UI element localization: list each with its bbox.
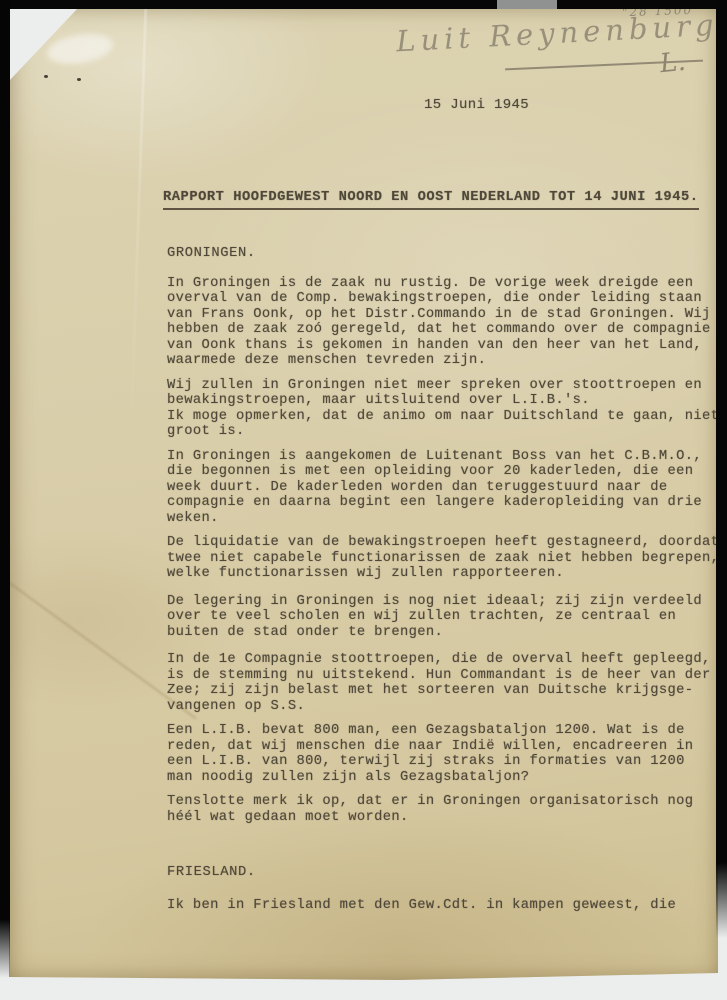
paragraph: Tenslotte merk ik op, dat er in Groninge… <box>167 794 727 825</box>
paper-crease <box>130 7 148 427</box>
paragraph: Wij zullen in Groningen niet meer spreke… <box>167 378 727 440</box>
paragraph: In Groningen is de zaak nu rustig. De vo… <box>167 276 727 369</box>
document-date: 15 Juni 1945 <box>424 97 529 113</box>
document-body: GRONINGEN. In Groningen is de zaak nu ru… <box>167 246 727 922</box>
section-heading-friesland: FRIESLAND. <box>167 865 727 881</box>
paragraph: In Groningen is aangekomen de Luitenant … <box>167 449 727 527</box>
staple-hole <box>77 78 81 81</box>
paper-tear-mark <box>45 30 115 68</box>
staple-hole <box>44 75 48 78</box>
scan-border-notch <box>497 0 557 9</box>
section-heading-groningen: GRONINGEN. <box>167 246 727 262</box>
document-title: RAPPORT HOOFDGEWEST NOORD EN OOST NEDERL… <box>163 190 699 210</box>
paragraph: In de 1e Compagnie stoottroepen, die de … <box>167 652 727 714</box>
paragraph: De legering in Groningen is nog niet ide… <box>167 594 727 641</box>
paragraph: De liquidatie van de bewakingstroepen he… <box>167 535 727 582</box>
scan-border-right <box>716 0 727 938</box>
handwritten-initial: L. <box>659 47 688 80</box>
paragraph: Een L.I.B. bevat 800 man, een Gezagsbata… <box>167 723 727 785</box>
scan-border-left <box>0 0 10 978</box>
scan-border-top <box>0 0 727 9</box>
scanned-document-page: "28 1500 Luit Reynenburg L. 15 Juni 1945… <box>0 0 727 1000</box>
paragraph: Ik ben in Friesland met den Gew.Cdt. in … <box>167 898 727 914</box>
